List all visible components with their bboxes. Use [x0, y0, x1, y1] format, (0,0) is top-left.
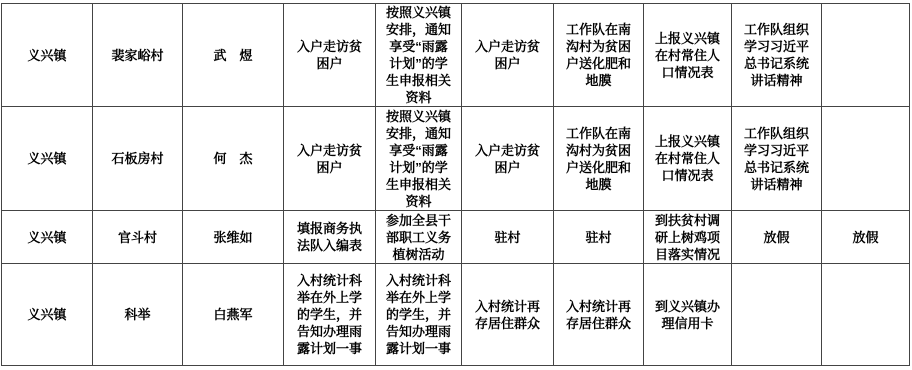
cell-activity[interactable] — [822, 4, 910, 107]
cell-activity[interactable] — [732, 264, 822, 366]
cell-activity[interactable]: 驻村 — [554, 211, 644, 264]
cell-activity[interactable]: 参加全县干部职工义务植树活动 — [376, 211, 462, 264]
cell-activity[interactable]: 入村统计再存居住群众 — [462, 264, 554, 366]
cell-activity[interactable]: 工作队在南沟村为贫困户送化肥和地膜 — [554, 4, 644, 107]
cell-village[interactable]: 科举 — [93, 264, 183, 366]
cell-activity[interactable]: 入村统计科举在外上学的学生，并告知办理雨露计划一事 — [284, 264, 376, 366]
cell-activity[interactable]: 入户走访贫困户 — [284, 107, 376, 211]
cell-town[interactable]: 义兴镇 — [2, 211, 93, 264]
cell-activity[interactable]: 工作队在南沟村为贫困户送化肥和地膜 — [554, 107, 644, 211]
cell-person[interactable]: 何 杰 — [183, 107, 284, 211]
cell-village[interactable]: 裴家峪村 — [93, 4, 183, 107]
cell-activity[interactable]: 放假 — [822, 211, 910, 264]
table-row: 义兴镇 石板房村 何 杰 入户走访贫困户 按照义兴镇安排，通知享受“雨露计划”的… — [2, 107, 910, 211]
cell-town[interactable]: 义兴镇 — [2, 107, 93, 211]
cell-activity[interactable]: 工作队组织学习习近平总书记系统讲话精神 — [732, 4, 822, 107]
table-row: 义兴镇 裴家峪村 武 煜 入户走访贫困户 按照义兴镇安排，通知享受“雨露计划”的… — [2, 4, 910, 107]
cell-activity[interactable] — [822, 107, 910, 211]
table-row: 义兴镇 官斗村 张维如 填报商务执法队入编表 参加全县干部职工义务植树活动 驻村… — [2, 211, 910, 264]
cell-activity[interactable]: 到义兴镇办理信用卡 — [644, 264, 732, 366]
cell-village[interactable]: 官斗村 — [93, 211, 183, 264]
cell-activity[interactable]: 驻村 — [462, 211, 554, 264]
table-row: 义兴镇 科举 白燕军 入村统计科举在外上学的学生，并告知办理雨露计划一事 入村统… — [2, 264, 910, 366]
cell-activity[interactable]: 上报义兴镇在村常住人口情况表 — [644, 107, 732, 211]
cell-town[interactable]: 义兴镇 — [2, 264, 93, 366]
cell-activity[interactable]: 入户走访贫困户 — [462, 107, 554, 211]
cell-activity[interactable]: 工作队组织学习习近平总书记系统讲话精神 — [732, 107, 822, 211]
cell-person[interactable]: 张维如 — [183, 211, 284, 264]
cell-activity[interactable]: 入村统计科举在外上学的学生，并告知办理雨露计划一事 — [376, 264, 462, 366]
cell-activity[interactable]: 按照义兴镇安排，通知享受“雨露计划”的学生申报相关资料 — [376, 4, 462, 107]
cell-activity[interactable]: 入村统计再存居住群众 — [554, 264, 644, 366]
cell-activity[interactable]: 入户走访贫困户 — [462, 4, 554, 107]
page: 义兴镇 裴家峪村 武 煜 入户走访贫困户 按照义兴镇安排，通知享受“雨露计划”的… — [0, 0, 912, 370]
cell-activity[interactable]: 上报义兴镇在村常住人口情况表 — [644, 4, 732, 107]
cell-town[interactable]: 义兴镇 — [2, 4, 93, 107]
cell-activity[interactable]: 填报商务执法队入编表 — [284, 211, 376, 264]
cell-activity[interactable]: 到扶贫村调研上树鸡项目落实情况 — [644, 211, 732, 264]
cell-person[interactable]: 武 煜 — [183, 4, 284, 107]
cell-activity[interactable]: 放假 — [732, 211, 822, 264]
cell-activity[interactable]: 入户走访贫困户 — [284, 4, 376, 107]
cell-activity[interactable]: 按照义兴镇安排，通知享受“雨露计划”的学生申报相关资料 — [376, 107, 462, 211]
cell-person[interactable]: 白燕军 — [183, 264, 284, 366]
cell-activity[interactable] — [822, 264, 910, 366]
cell-village[interactable]: 石板房村 — [93, 107, 183, 211]
worklog-table: 义兴镇 裴家峪村 武 煜 入户走访贫困户 按照义兴镇安排，通知享受“雨露计划”的… — [1, 3, 910, 366]
